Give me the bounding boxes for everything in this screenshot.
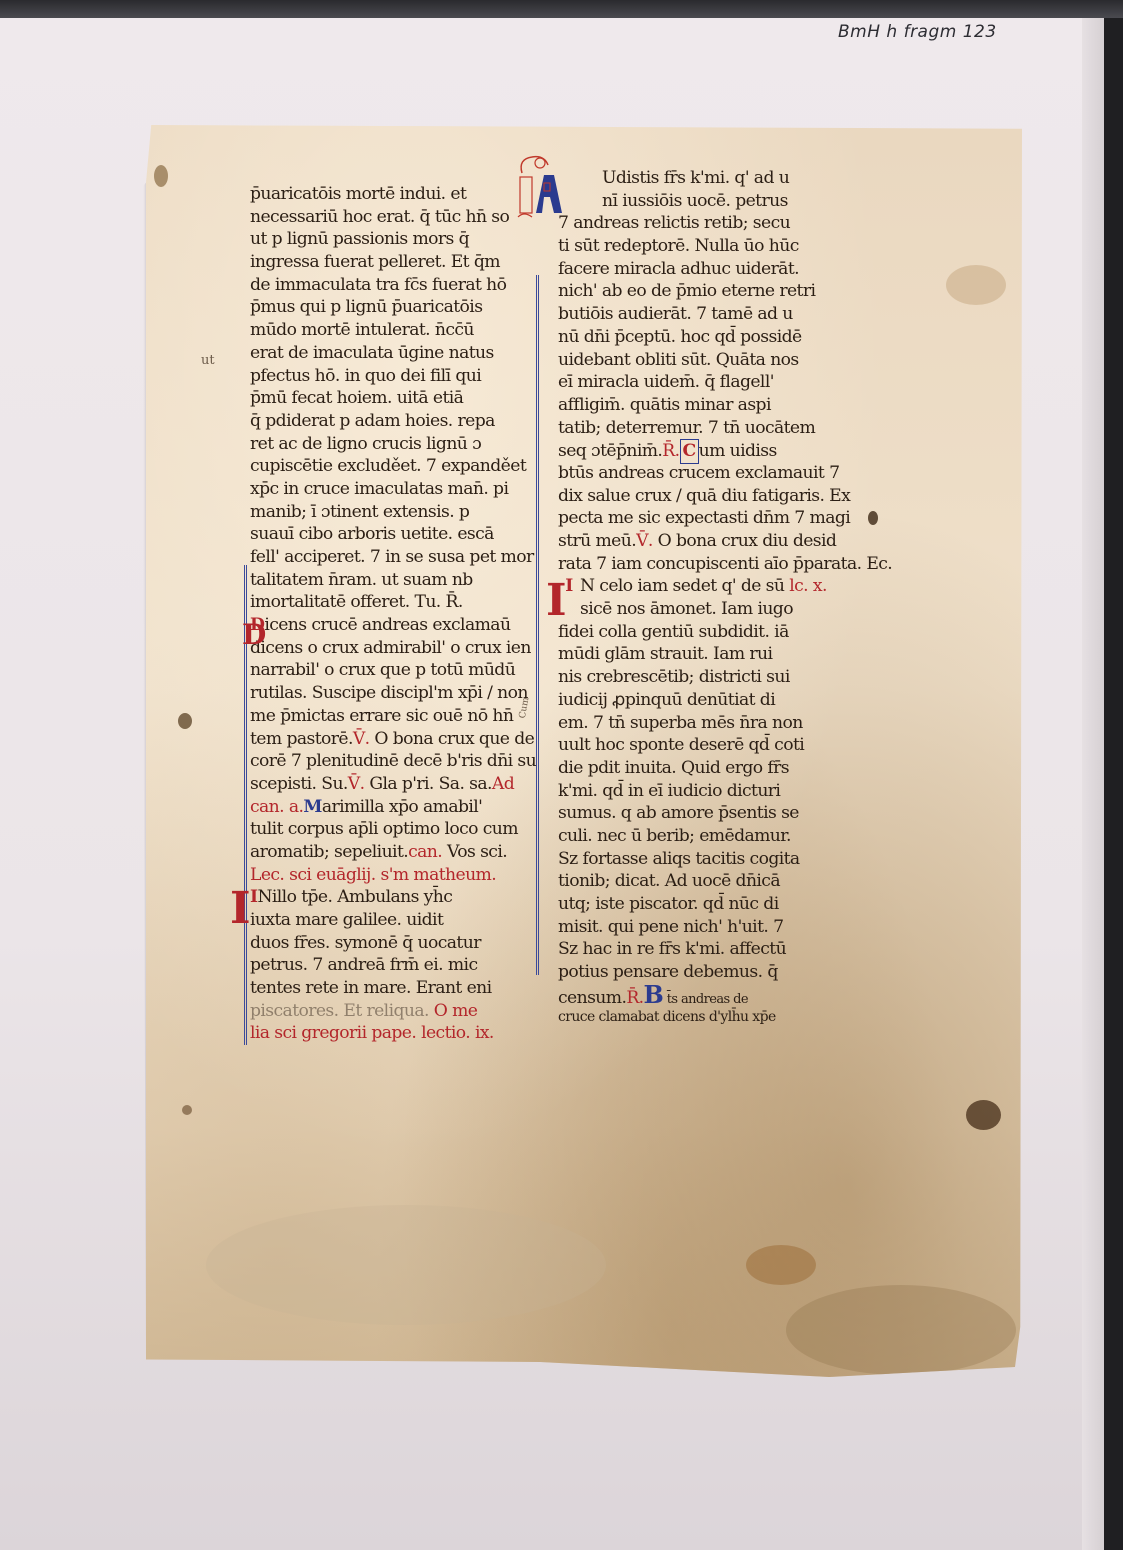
text-line: suauī cibo arboris uetite. escā	[250, 523, 536, 546]
text-line: nis crebrescētib; districti sui	[558, 666, 892, 689]
text-line: seq ɔtēp̄nim̄.R̄.Cum uidiss	[558, 439, 892, 462]
text-line: p̄uaricatōis mortē indui. et	[250, 183, 536, 206]
text-line: aromatib; sepeliuit.can. Vos sci.	[250, 841, 536, 864]
stain	[946, 265, 1006, 305]
text-line: narrabil' o crux que p totū mūdū	[250, 659, 536, 682]
text-line: sicē nos āmonet. Iam iugo	[558, 598, 892, 621]
initial-a-icon	[514, 153, 574, 225]
text-line: petrus. 7 andreā frm̄ ei. mic	[250, 954, 536, 977]
stain	[182, 1105, 192, 1115]
text-line: facere miracla adhuc uiderāt.	[558, 258, 892, 281]
text-line: talitatem n̄ram. ut suam nb	[250, 569, 536, 592]
rubric-line: lia sci gregorii pape. lectio. ix.	[250, 1022, 536, 1045]
initial-letter-c: C	[680, 439, 699, 464]
stain	[154, 165, 168, 187]
decorated-initial-a	[514, 153, 574, 225]
text-line: iuxta mare galilee. uidit	[250, 909, 536, 932]
text-line: potius pensare debemus. q̄	[558, 961, 892, 984]
text-line: Dicens crucē andreas exclamaū	[250, 614, 536, 637]
text-line: piscatores. Et reliqua. O me	[250, 1000, 536, 1023]
catalog-label: BmH h fragm 123	[838, 22, 997, 42]
text-line: manib; ī ɔtinent extensis. p	[250, 501, 536, 524]
left-column: p̄uaricatōis mortē indui. et necessariū …	[250, 183, 536, 1045]
text-line: mūdo mortē intulerat. n̄cc̄ū	[250, 319, 536, 342]
stain	[206, 1205, 606, 1325]
text-line: q̄ pdiderat p adam hoies. repa	[250, 410, 536, 433]
margin-note-left: ut	[201, 353, 215, 368]
text-line: rata 7 iam concupiscenti aīo p̄parata. E…	[558, 553, 892, 576]
text-line: rutilas. Suscipe discipl'm xp̄i / non	[250, 682, 536, 705]
board-edge	[1082, 18, 1104, 1550]
text-line: corē 7 plenitudinē decē b'ris dn̄i su	[250, 750, 536, 773]
stain	[786, 1285, 1016, 1375]
right-column: Udistis fr̄s k'mi. q' ad u nī iussiōis u…	[558, 167, 892, 1029]
text-line: necessariū hoc erat. q̄ tūc hn̄ so	[250, 206, 536, 229]
text-line: eī miracla uidem̄. q̄ flagell'	[558, 371, 892, 394]
text-line: nū dn̄i p̄ceptū. hoc qd̄ possidē	[558, 326, 892, 349]
rubric: Ad	[492, 774, 514, 794]
text-line: butiōis audierāt. 7 tamē ad u	[558, 303, 892, 326]
rubric: can. a.	[250, 797, 303, 817]
text-line: xp̄c in cruce imaculatas man̄. pi	[250, 478, 536, 501]
text-line: p̄mū fecat hoiem. uitā etiā	[250, 387, 536, 410]
decorated-initial-d: D	[242, 621, 266, 649]
text-line: fell' acciperet. 7 in se susa pet mor	[250, 546, 536, 569]
rubric-heading: Lec. sci euāglij. s'm matheum.	[250, 864, 536, 887]
text-line: uult hoc sponte deserē qd̄ coti	[558, 734, 892, 757]
rubric: R̄.	[626, 988, 643, 1008]
rubric: R̄.	[662, 441, 679, 461]
text-line: em. 7 tn̄ superba mēs n̄ra non	[558, 712, 892, 735]
text-line: Udistis fr̄s k'mi. q' ad u	[558, 167, 892, 190]
text-line: ti sūt redeptorē. Nulla ūo hūc	[558, 235, 892, 258]
text-line: 7 andreas relictis retib; secu	[558, 212, 892, 235]
rubric: O me	[434, 1001, 478, 1021]
text-line: erat de imaculata ūgine natus	[250, 342, 536, 365]
text-line: ingressa fuerat pelleret. Et q̄m	[250, 251, 536, 274]
text-line: scepisti. Su.V̄. Gla p'ri. Sa. sa.Ad	[250, 773, 536, 796]
text-line: strū meū.V̄. O bona crux diu desid	[558, 530, 892, 553]
text-line: sumus. q ab amore p̄sentis se	[558, 802, 892, 825]
text-line: die pdit inuita. Quid ergo fr̄s	[558, 757, 892, 780]
initial-letter-b: B	[644, 984, 664, 1007]
text-line: cupiscētie excluděet. 7 expanděet	[250, 455, 536, 478]
text-line: ut p lignū passionis mors q̄	[250, 228, 536, 251]
text-line: can. a.Marimilla xp̄o amabil'	[250, 796, 536, 819]
text-line: uidebant obliti sūt. Quāta nos	[558, 349, 892, 372]
text-line: p̄mus qui p lignū p̄uaricatōis	[250, 296, 536, 319]
text-line: nich' ab eo de p̄mio eterne retri	[558, 280, 892, 303]
text-line: IN celo iam sedet q' de sū lc. x.	[558, 575, 892, 598]
text-line: tionib; dicat. Ad uocē dn̄icā	[558, 870, 892, 893]
initial-letter-m: M	[303, 796, 321, 819]
text-line: btūs andreas crucem exclamauit 7	[558, 462, 892, 485]
text-line: dicens o crux admirabil' o crux ien	[250, 637, 536, 660]
decorated-initial-i-right: I	[546, 577, 567, 625]
decorated-initial-i-left: I	[230, 885, 251, 933]
text-line: k'mi. qd̄ in eī iudicio dicturi	[558, 780, 892, 803]
pen-flourish-center	[536, 275, 539, 975]
text-line: misit. qui pene nich' h'uit. 7	[558, 916, 892, 939]
text-line: tatib; deterremur. 7 tn̄ uocātem	[558, 417, 892, 440]
stain	[178, 713, 192, 729]
text-line: de immaculata tra fc̄s fuerat hō	[250, 274, 536, 297]
text-line: affligim̄. quātis minar aspi	[558, 394, 892, 417]
text-line: me p̄mictas errare sic ouē nō hn̄	[250, 705, 536, 728]
rubric: V̄.	[636, 531, 653, 551]
text-line: tem pastorē.V̄. O bona crux que de	[250, 728, 536, 751]
text-line: tulit corpus ap̄li optimo loco cum	[250, 818, 536, 841]
text-line: pecta me sic expectasti dn̄m 7 magi	[558, 507, 892, 530]
text-line: ret ac de ligno crucis lignū ɔ	[250, 433, 536, 456]
text-line: censum.R̄.B t̄s andreas de	[558, 984, 892, 1007]
text-line: tentes rete in mare. Erant eni	[250, 977, 536, 1000]
text-line: fidei colla gentiū subdidit. iā	[558, 621, 892, 644]
rubric: can.	[408, 842, 442, 862]
text-line: duos fr̄es. symonē q̄ uocatur	[250, 932, 536, 955]
text-line: nī iussiōis uocē. petrus	[558, 190, 892, 213]
text-line: pfectus hō. in quo dei filī qui	[250, 365, 536, 388]
stain	[966, 1100, 1001, 1130]
text-line: dix salue crux / quā diu fatigaris. Ex	[558, 485, 892, 508]
manuscript-leaf: ut Cum p̄uaricatōis mortē indui. et nece…	[146, 125, 1022, 1377]
background-top-strip	[0, 0, 1123, 18]
text-line: INillo tp̄e. Ambulans yh̄c	[250, 886, 536, 909]
text-line: cruce clamabat dicens d'ylh̄u xp̄e	[558, 1006, 892, 1029]
stain	[746, 1245, 816, 1285]
text-line: utq; iste piscator. qd̄ nūc di	[558, 893, 892, 916]
rubric: V̄.	[348, 774, 365, 794]
text-line: imortalitatē offeret. Tu. R̄.	[250, 591, 536, 614]
text-line: mūdi glām strauit. Iam rui	[558, 643, 892, 666]
rubric: lc. x.	[789, 576, 827, 596]
text-line: Sz fortasse aliqs tacitis cogita	[558, 848, 892, 871]
text-line: iudicij ꝓpinquū denūtiat di	[558, 689, 892, 712]
rubric: V̄.	[353, 729, 370, 749]
text-line: culi. nec ū berib; emēdamur.	[558, 825, 892, 848]
text-line: Sz hac in re fr̄s k'mi. affectū	[558, 938, 892, 961]
